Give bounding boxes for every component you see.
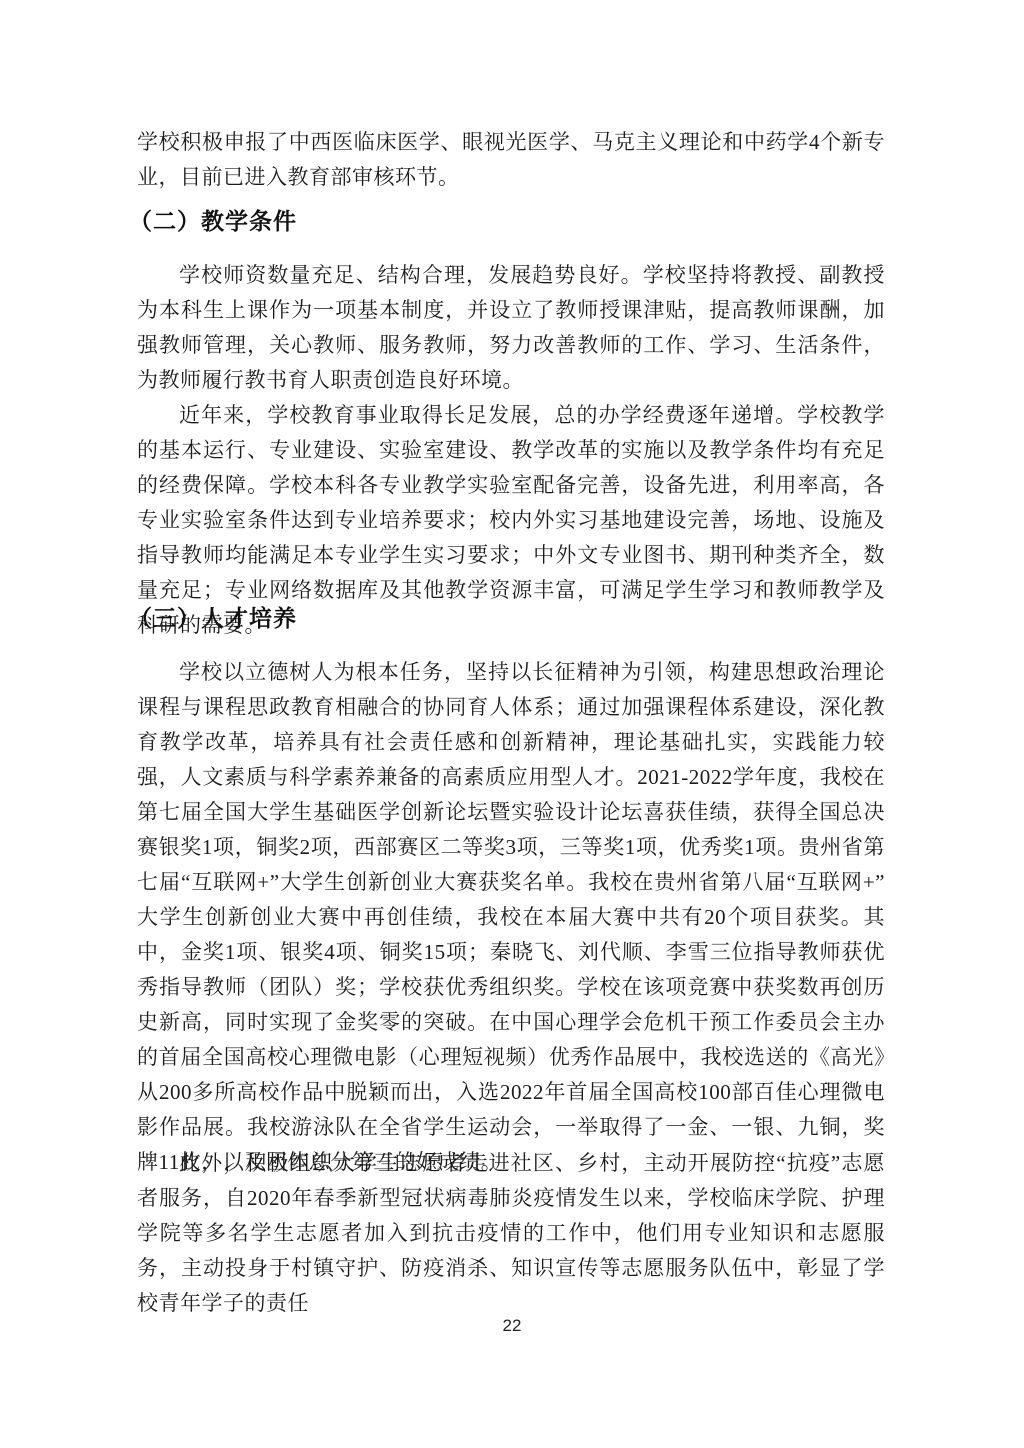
document-page: 学校积极申报了中西医临床医学、眼视光医学、马克主义理论和中药学4个新专业，目前已… [0, 0, 1024, 1448]
section-heading-teaching-conditions: （二）教学条件 [129, 203, 877, 239]
intro-paragraph: 学校积极申报了中西医临床医学、眼视光医学、马克主义理论和中药学4个新专业，目前已… [137, 125, 885, 195]
section-heading-talent-cultivation: （三）人才培养 [129, 600, 877, 636]
body-paragraph: 此外，积极组织大学生志愿者走进社区、乡村，主动开展防控“抗疫”志愿者服务，自20… [137, 1146, 885, 1321]
body-paragraph: 学校师资数量充足、结构合理，发展趋势良好。学校坚持将教授、副教授为本科生上课作为… [137, 258, 885, 398]
page-number: 22 [0, 1316, 1024, 1336]
body-paragraph: 学校以立德树人为根本任务，坚持以长征精神为引领，构建思想政治理论课程与课程思政教… [137, 655, 885, 1180]
